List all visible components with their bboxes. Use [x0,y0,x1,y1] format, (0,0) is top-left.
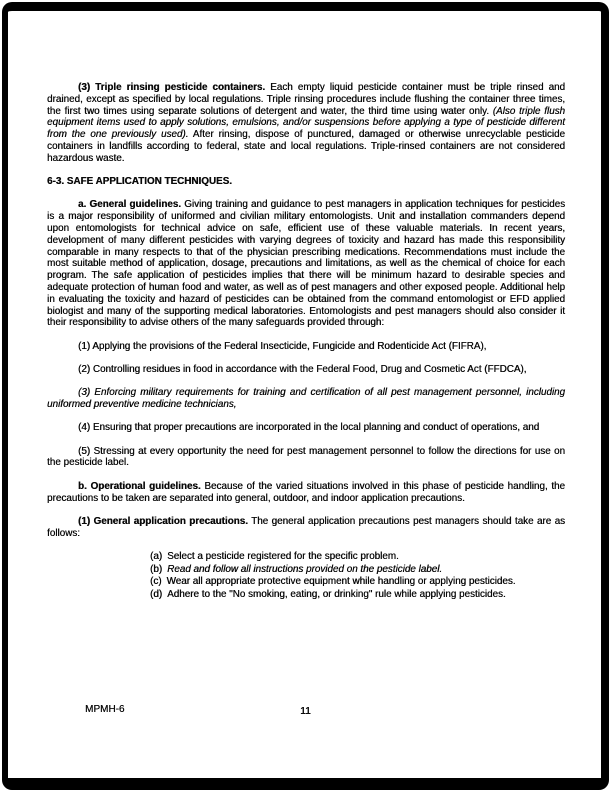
section-heading-6-3: 6-3. SAFE APPLICATION TECHNIQUES. [47,176,565,188]
numbered-item-5: (5) Stressing at every opportunity the n… [47,446,565,470]
sublist-item-d-label: (d) [150,589,162,602]
para-general-guidelines-lead: a. General guidelines. [78,199,181,210]
lettered-sublist: (a)Select a pesticide registered for the… [150,551,565,601]
sublist-item-b-label: (b) [150,564,162,577]
para-triple-rinsing-lead: (3) Triple rinsing pesticide containers. [78,82,265,93]
para-general-guidelines-text: Giving training and guidance to pest man… [47,199,565,328]
numbered-item-1: (1) Applying the provisions of the Feder… [47,341,565,353]
page-number: 11 [0,706,611,717]
sublist-item-c-label: (c) [150,576,162,589]
sublist-item-b: (b)Read and follow all instructions prov… [150,564,565,577]
para-general-guidelines: a. General guidelines. Giving training a… [47,199,565,329]
para-general-application-precautions: (1) General application precautions. The… [47,516,565,540]
para-operational-guidelines: b. Operational guidelines. Because of th… [47,481,565,505]
para-operational-guidelines-lead: b. Operational guidelines. [78,481,201,492]
sublist-item-c-text: Wear all appropriate protective equipmen… [167,576,516,587]
sublist-item-b-text: Read and follow all instructions provide… [167,564,442,575]
sublist-item-a-text: Select a pesticide registered for the sp… [167,551,399,562]
para-triple-rinsing: (3) Triple rinsing pesticide containers.… [47,82,565,165]
sublist-item-d: (d)Adhere to the "No smoking, eating, or… [150,589,565,602]
sublist-item-d-text: Adhere to the "No smoking, eating, or dr… [167,589,506,600]
document-body: (3) Triple rinsing pesticide containers.… [47,82,565,613]
numbered-item-3: (3) Enforcing military requirements for … [47,387,565,411]
sublist-item-c: (c)Wear all appropriate protective equip… [150,576,565,589]
numbered-item-2: (2) Controlling residues in food in acco… [47,364,565,376]
sublist-item-a: (a)Select a pesticide registered for the… [150,551,565,564]
sublist-item-a-label: (a) [150,551,162,564]
numbered-item-4: (4) Ensuring that proper precautions are… [47,422,565,434]
para-general-application-lead: (1) General application precautions. [78,516,248,527]
